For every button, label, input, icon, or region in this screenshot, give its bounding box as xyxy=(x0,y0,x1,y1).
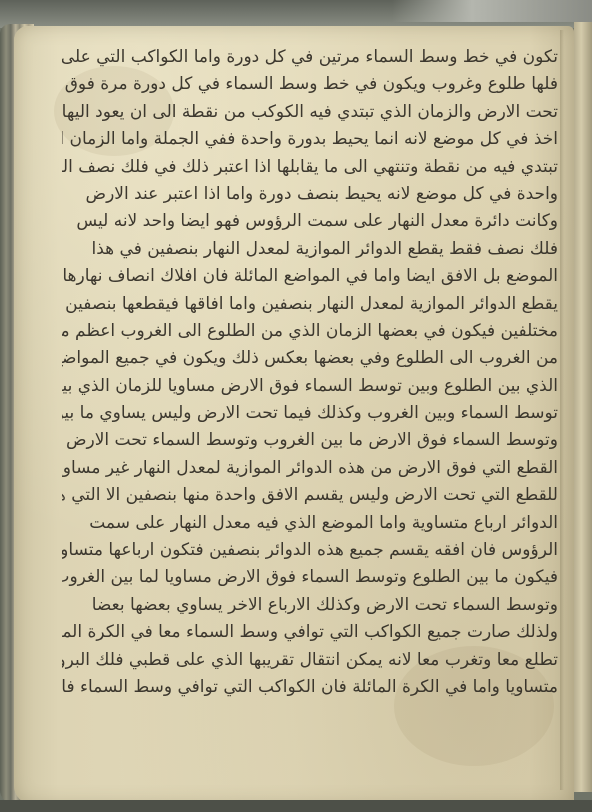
text-line: توسط السماء وبين الغروب وكذلك فيما تحت ا… xyxy=(62,400,558,427)
text-line: مختلفين فيكون في بعضها الزمان الذي من ال… xyxy=(62,318,558,345)
text-line: اخذ في كل موضع لانه انما يحيط بدورة واحد… xyxy=(62,126,558,153)
text-line: واحدة في كل موضع لانه يحيط بنصف دورة وام… xyxy=(62,181,558,208)
manuscript-text: تكون في خط وسط السماء مرتين في كل دورة و… xyxy=(62,44,558,701)
top-shadow-highlight xyxy=(392,0,592,22)
gutter-fold xyxy=(560,30,564,790)
text-line: متساويا واما في الكرة المائلة فان الكواك… xyxy=(62,674,558,701)
text-line: ولذلك صارت جميع الكواكب التي توافي وسط ا… xyxy=(62,619,558,646)
facing-page-edge xyxy=(574,22,592,792)
text-line: للقطع التي تحت الارض وليس يقسم الافق واح… xyxy=(62,482,558,509)
text-line: تطلع معا وتغرب معا لانه يمكن انتقال تقري… xyxy=(62,647,558,674)
text-line: تبتدي فيه من نقطة وتنتهي الى ما يقابلها … xyxy=(62,154,558,181)
text-line: فلك نصف فقط يقطع الدوائر الموازية لمعدل … xyxy=(62,236,558,263)
text-line: فلها طلوع وغروب ويكون في خط وسط السماء ف… xyxy=(62,71,558,98)
text-line: فيكون ما بين الطلوع وتوسط السماء فوق الا… xyxy=(62,564,558,591)
text-line: من الغروب الى الطلوع وفي بعضها بعكس ذلك … xyxy=(62,345,558,372)
text-line: وتوسط السماء فوق الارض ما بين الغروب وتو… xyxy=(62,427,558,454)
text-line: تحت الارض والزمان الذي تبتدي فيه الكوكب … xyxy=(62,99,558,126)
text-line: تكون في خط وسط السماء مرتين في كل دورة و… xyxy=(62,44,558,71)
text-line: يقطع الدوائر الموازية لمعدل النهار بنصفي… xyxy=(62,291,558,318)
text-line: وتوسط السماء تحت الارض وكذلك الارباع الا… xyxy=(62,592,558,619)
text-line: الذي بين الطلوع وبين توسط السماء فوق الا… xyxy=(62,373,558,400)
bottom-shadow xyxy=(0,800,592,812)
text-line: القطع التي فوق الارض من هذه الدوائر المو… xyxy=(62,455,558,482)
text-line: وكانت دائرة معدل النهار على سمت الرؤوس ف… xyxy=(62,208,558,235)
text-line: الموضع بل الافق ايضا واما في المواضع الم… xyxy=(62,263,558,290)
text-line: الدوائر ارباع متساوية واما الموضع الذي ف… xyxy=(62,510,558,537)
text-line: الرؤوس فان افقه يقسم جميع هذه الدوائر بن… xyxy=(62,537,558,564)
